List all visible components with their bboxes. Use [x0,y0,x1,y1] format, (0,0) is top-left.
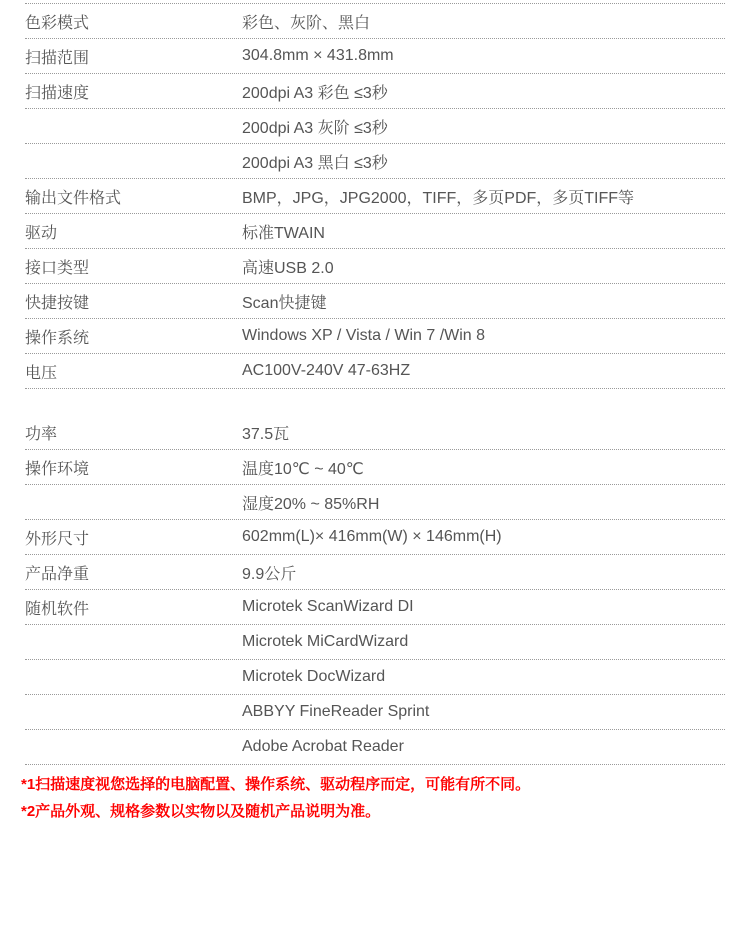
table-row: 操作系统 Windows XP / Vista / Win 7 /Win 8 [25,319,725,354]
table-row: 操作环境 温度10℃ ~ 40℃ [25,450,725,485]
table-row: 产品净重 9.9公斤 [25,555,725,590]
product-spec-page: 色彩模式 彩色、灰阶、黑白 扫描范围 304.8mm × 431.8mm 扫描速… [0,0,750,927]
table-row: 接口类型 高速USB 2.0 [25,249,725,284]
spec-section-2: 功率 37.5瓦 操作环境 温度10℃ ~ 40℃ 湿度20% ~ 85%RH … [25,415,725,765]
spec-label: 接口类型 [25,255,242,278]
spec-value: Adobe Acrobat Reader [242,738,725,756]
table-row: 扫描范围 304.8mm × 431.8mm [25,39,725,74]
table-row: 湿度20% ~ 85%RH [25,485,725,520]
spec-value: 200dpi A3 灰阶 ≤3秒 [242,115,725,138]
table-row: 外形尺寸 602mm(L)× 416mm(W) × 146mm(H) [25,520,725,555]
table-row: 200dpi A3 黑白 ≤3秒 [25,144,725,179]
table-row: 色彩模式 彩色、灰阶、黑白 [25,4,725,39]
spec-value: 37.5瓦 [242,421,725,444]
spec-label: 输出文件格式 [25,185,242,208]
table-row: Microtek MiCardWizard [25,625,725,660]
spec-value: 温度10℃ ~ 40℃ [242,456,725,479]
table-row: ABBYY FineReader Sprint [25,695,725,730]
spec-value: 标准TWAIN [242,220,725,243]
spec-value: 200dpi A3 黑白 ≤3秒 [242,150,725,173]
spec-value: 彩色、灰阶、黑白 [242,10,725,33]
spec-label: 功率 [25,421,242,444]
spec-value: 9.9公斤 [242,561,725,584]
table-row: 快捷按键 Scan快捷键 [25,284,725,319]
spec-value: AC100V-240V 47-63HZ [242,362,725,380]
spec-value: BMP，JPG，JPG2000，TIFF，多页PDF，多页TIFF等 [242,185,725,208]
spec-label: 驱动 [25,220,242,243]
spec-value: Windows XP / Vista / Win 7 /Win 8 [242,327,725,345]
spec-value: 高速USB 2.0 [242,255,725,278]
spec-label: 外形尺寸 [25,526,242,549]
spec-label: 扫描速度 [25,80,242,103]
spec-label: 操作环境 [25,456,242,479]
table-row: 驱动 标准TWAIN [25,214,725,249]
spec-value: 200dpi A3 彩色 ≤3秒 [242,80,725,103]
spec-label: 随机软件 [25,596,242,619]
table-row: Microtek DocWizard [25,660,725,695]
table-row: 电压 AC100V-240V 47-63HZ [25,354,725,389]
spec-value: Scan快捷键 [242,290,725,313]
table-row: 随机软件 Microtek ScanWizard DI [25,590,725,625]
footnote-2: *2产品外观、规格参数以实物以及随机产品说明为准。 [21,798,725,825]
spec-label: 产品净重 [25,561,242,584]
spec-label: 色彩模式 [25,10,242,33]
spec-value: 304.8mm × 431.8mm [242,47,725,65]
footnote-1: *1扫描速度视您选择的电脑配置、操作系统、驱动程序而定，可能有所不同。 [21,771,725,798]
spec-label: 电压 [25,360,242,383]
spec-value: Microtek ScanWizard DI [242,598,725,616]
table-row: 扫描速度 200dpi A3 彩色 ≤3秒 [25,74,725,109]
spec-value: Microtek MiCardWizard [242,633,725,651]
spec-value: 602mm(L)× 416mm(W) × 146mm(H) [242,528,725,546]
spec-label: 扫描范围 [25,45,242,68]
spec-value: 湿度20% ~ 85%RH [242,491,725,514]
table-row: 输出文件格式 BMP，JPG，JPG2000，TIFF，多页PDF，多页TIFF… [25,179,725,214]
section-spacer [25,389,725,415]
spec-label: 快捷按键 [25,290,242,313]
table-row: Adobe Acrobat Reader [25,730,725,765]
spec-value: ABBYY FineReader Sprint [242,703,725,721]
table-row: 200dpi A3 灰阶 ≤3秒 [25,109,725,144]
spec-value: Microtek DocWizard [242,668,725,686]
spec-table: 色彩模式 彩色、灰阶、黑白 扫描范围 304.8mm × 431.8mm 扫描速… [25,3,725,765]
table-row: 功率 37.5瓦 [25,415,725,450]
footnotes: *1扫描速度视您选择的电脑配置、操作系统、驱动程序而定，可能有所不同。 *2产品… [21,771,725,825]
spec-section-1: 色彩模式 彩色、灰阶、黑白 扫描范围 304.8mm × 431.8mm 扫描速… [25,3,725,389]
spec-label: 操作系统 [25,325,242,348]
